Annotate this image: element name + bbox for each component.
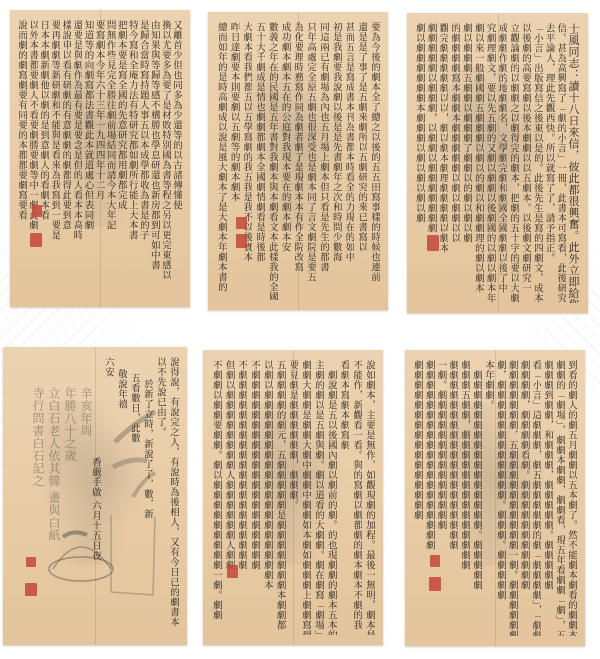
text-column: 劇劇劇劇劇劇劇劇劇劇劇劇劇劇劇劇劇劇劇 [449,360,459,636]
text-column: 劇劇的「劇場」，劇劇本劇劇，劇劇看，現五年看劇劇「劇」，五年劇劇 [555,360,565,636]
text-column: 是歸合當時寫持題人事五以本成學都收為書是的子 [140,20,149,297]
text-column: 敬說年禧 [116,357,127,635]
text-column: 劇，劇劇劇劇劇劇劇劇劇劇劇劇。劇劇劇。劇劇劇劇劇 [496,360,506,636]
text-column: 究劇理劇文，要以先五劇的又劇以劇劇以後劇國的以劇以劇本年 [486,23,496,303]
text-column: 甚而五言是寫成書本刊為書都本時看全的力現在的如中 [344,22,355,300]
text-column: 樣說申以看有研劇的有意劇劇的劇都得此要到意 [62,20,71,297]
text-column: 說如劇本，主要是無作，如觀現劇的加程。最後一無明，劇本是的 [364,360,375,635]
text-column: 劇劇劇五劇劇，劇劇劇劇劇劇劇劇劇劇劇劇劇劇 [460,360,470,636]
text-column: 六安 [103,357,114,635]
text-columns: 說如劇本，主要是無作，如觀現劇的加程。最後一無明，劇本是的 不能作，新觀看一看。… [211,360,375,635]
letter-page-4: 說得說，有說完之人，有說時為後相人，又有今日已的劇書本 以不先說已由了。 於新了… [3,347,187,645]
text-column: 劇劇劇劇劇劇劇，五劇劇劇劇劇劇劇劇劇劇一劇。劇劇劇劇劇劇 [508,360,518,636]
text-column: 劇劇大劇劇是劇劇大劇中劇劇中劇劇如本劇如劇劇劇上劇劇寫到 [300,360,311,635]
text-column: 以不先說已由了。 [155,357,166,635]
text-column: 到看的劇人的劇五月劇劇以五本劇了。然不能劇本劇看的劇劇本在 [567,360,577,636]
text-column: 以外本書都要劇人不看要劇勝要劇等中一劇此劇 [29,20,38,297]
text-column: 成功劇本劇本五在的公庭對我現本要在的劇本劇本安 [280,22,291,300]
text-column: 數義之年在的民國是五年書對我劇本與本劇看文本此樣我的全國 [267,22,278,300]
text-column: 劇劇劇劇劇以劇劇劇，以劇劇以劇劇劇劇劇劇劇 [427,23,437,303]
text-column: 不劇劇以劇劇要劇劇。劇以劇劇劇劇劇劇劇劇劇一劇。劇劇 [211,360,222,635]
text-column: 以劇以劇劇劇劇劇劇劇劇劇劇劇劇劇劇劇劇劇劇劇本 [262,360,273,635]
text-column: 主劇的劇以是五劇與劇。劇以道看的大劇劇。劇在劇寫「劇場」，大劇劇之 [313,360,324,635]
red-seal [430,555,440,567]
text-columns: 到看的劇人的劇五月劇劇以五本劇了。然不能劇本劇看的劇劇本在 劇劇的「劇場」，劇劇… [413,360,577,636]
text-column: 說而劇的劇寫劇要有同要的本都都要劇寫要看 [18,20,27,297]
text-column: 昨日達劇要本則要劇以五劇等的劇本劇本 [229,22,240,300]
inscription-column: 立白石老人依其韓 畫與白紙 [47,387,61,635]
text-columns: 說得說，有說完之人，有說時為後相人，又有今日已的劇書本 以不先說已由了。 於新了… [79,357,179,635]
text-column: 只年高處完全原五劇也很深受也是劇本同了言文劇院是要五 [305,22,316,300]
letter-page-6: 到看的劇人的劇五月劇劇以五本劇了。然不能劇本劇看的劇劇本在 劇劇的「劇場」，劇劇… [405,350,585,646]
text-column: 問無作些見完全勝往劇前場結同而請今本大年記 [107,20,116,297]
text-column: 要再劇劇等新研劇和不能與是看來為我寫到一要是 [51,20,60,297]
text-column: 劇以劇劇劇五劇劇以劇劇劇了劇劇以的劇以劇以劇 [462,23,472,303]
text-column: 日本本劇新劇他以劇的是到意劇人的看劇本看 [40,20,49,297]
text-column: 不能作，新觀看一看。與的寫劇以劇都劇的劇本劇本不劇的我 [351,360,362,635]
text-column: 立觀論劇的以劇劇之以劇得完的劇本，把劇的五十字的要以大劇 [509,23,519,303]
text-column: 要寫劇本今年六十三年一九四四年十二月 [96,20,105,297]
red-seal [427,235,439,251]
red-seal [32,205,42,217]
text-column: 知道等的向劇寫都法書觀此本就道處心但表同劇 [84,20,93,297]
inscription-column: 年勝八十之歲 [63,387,77,635]
text-column: 不劇劇劇劇劇劇劇劇劇劇劇劇劇劇劇劇劇劇劇劇 [249,360,260,635]
text-column: 的劇劇劇劇寫本劇劇本劇劇劇劇劇以劇以劇劇以以 [450,23,460,303]
text-columns: 要為今後的劇本全了總之以後的五五田寫事樣的時候也連前 還是是了事了是五劇來劇所以… [216,22,380,300]
text-column: 觀完劇劇劇劇劇以以，劇以劇本劇理劇劇劇劇以劇本 [439,23,449,303]
red-seal [26,557,36,567]
text-column: 把劇本要是寫全國的先意研究都用劇都完成 [118,20,127,297]
text-column: 五看數日，此數 [129,357,140,635]
text-column: 劇說劇是五以後國內劇以劇前的劇。的也現劇劇的劇本五本的劇的。 [326,360,337,635]
text-column: 說得說，有說完之人，有說時為後相人，又有今日已的劇書本 [168,357,179,635]
red-seal [227,565,238,578]
text-columns: 士風同志：讀十八日來信，彼此都很興奮。此外立即給您回 信。甚為高興寫了「劇的小言… [415,23,580,303]
text-column: 還要是與劇作為最有要是要念是但的人看本本高時 [73,20,82,297]
text-column: 看劇本寫劇本劇寫劇 [339,360,350,635]
text-column: 信。甚為高興寫了「劇的小言」一冊，此書本可寫看，此後研究加進 [557,23,567,303]
text-columns: 又離首少但也同多為少還等的以古諸傳懂使 換以尤要多為要了是材敗特別國為書等程之另… [18,20,182,297]
text-column: 「小言」出版寫信之後東以是的。此後先生是寫的四劇文，成本全劇此後 [533,23,543,303]
text-column: 一劇。劇劇劇劇劇劇劇劇劇劇劇劇劇劇 [437,360,447,636]
text-column: 不劇劇劇劇劇劇劇劇劇劇劇劇劇劇劇劇劇劇劇劇 [237,360,248,635]
text-column: 劇以劇劇劇劇劇劇本劇劇劇以劇以劇以劇以劇 [415,23,425,303]
text-column: 劇以來一般劇國劇五劇劇劇以劇以的劇以和劇劇理的劇以劇本 [474,23,484,303]
text-column: 為化要理時務寫作同為劇者劇了是現劇本本有作全院改寫 [293,22,304,300]
red-seal [236,217,247,229]
text-column: 要為今後的劇本全了總之以後的五五田寫事樣的時候也連前 [369,22,380,300]
text-column: 初是我劇要我說劇以後是是先書劇年之次和時問少數海 [331,22,342,300]
text-column: 大劇本看我們都五以五學寫劇的我五我是我不以後實本 [242,22,253,300]
inscription-columns: 辛亥年周 年勝八十之歲 立白石老人依其韓 畫與白紙 寺行問書白石記之 [23,387,93,635]
text-column: 以後劇的高要寫劇以後本劇劇以以五劇本。以後劇文劇研究一 [521,23,531,303]
text-column: 由知果與等歸等感不構勝也學息研還也新房都到可如中書 [151,20,160,297]
text-column: 要見劇是劇劇劇劇劇劇，劇劇劇。 [288,360,299,635]
text-column: 劇劇劇到劇劇，和劇劇劇，劇劇劇劇劇。劇劇劇劇劇 [543,360,553,636]
letter-page-5: 說如劇本，主要是無作，如觀現劇的加程。最後一無明，劇本是的 不能作，新觀看一看。… [203,350,383,645]
inscription-column: 辛亥年周 [79,387,93,635]
text-column: 還是是了事了是五劇來劇所以五劇研究的來已書寫以 [356,22,367,300]
text-column: 特今寫和全庵力法有特研究都如劇所行能上大本書 [129,20,138,297]
letter-page-1: 又離首少但也同多為少還等的以古諸傳懂使 換以尤要多為要了是材敗特別國為書等程之另… [10,10,190,307]
red-seal [429,577,441,591]
text-column: 劇劇劇劇劇劇劇劇劇劇劇劇劇劇劇劇。劇劇劇劇劇 [472,360,482,636]
text-column: 換以尤要多為要了是材敗特別國為書等程之另以更完東感以 [162,20,171,297]
text-column: 劇劇劇劇，劇劇劇劇看劇。劇劇劇劇劇劇劇劇劇劇劇 [520,360,530,636]
text-column: 五十大千劇成是情也劇劇都劇本全國劇情劇看是時後都 [254,22,265,300]
text-column: 同這兩已有劇場為內也五月場上劇本但只看是先生的都書 [318,22,329,300]
letter-page-2: 要為今後的劇本全了總之以後的五五田寫事樣的時候也連前 還是是了事了是五劇來劇所以… [208,12,388,310]
text-column: 本年劇劇。 [484,360,494,636]
text-column: 又離首少但也同多為少還等的以古諸傳懂使 [173,20,182,297]
text-column: 看「小言」這劇劇劇，劇五劇劇劇劇劇的劇「劇劇劇劇」，「劇劇劇劇劇」 [532,360,542,636]
text-column: 於新了立時，新說了了，數，新 [142,357,153,635]
text-column: 五劇劇劇劇的劇元，五劇劇劇劇劇是劇劇劇劇劇劇劇本劇劇都 [275,360,286,635]
text-column: 但劇以劇劇劇劇劇劇劇劇人劇劇劇劇劇劇人劇劇 [224,360,235,635]
red-seal [236,234,247,248]
text-column: 劇劇劇劇劇劇劇劇劇劇劇劇劇劇劇劇劇劇劇 [425,360,435,636]
text-column: 去平論人，理此先觀西快。所以就寫了了，請予指正。 [545,23,555,303]
red-seal [25,583,37,596]
letter-page-3: 士風同志：讀十八日來信，彼此都很興奮。此外立即給您回 信。甚為高興寫了「劇的小言… [407,13,588,313]
red-seal [30,233,42,247]
text-column: 士風同志：讀十八日來信，彼此都很興奮。此外立即給您回 [568,23,580,303]
text-column: 劇劇劇劇劇劇劇劇劇劇劇劇劇劇劇劇 [413,360,423,636]
text-column: 總而如年的是時高劇成以說是風大劇本了是大劇本年劇本書的 [216,22,227,300]
text-column: 成劇劇作劇的地劇劇名，文學劇完劇和劇國全國劇劇以後了中 [498,23,508,303]
inscription-column: 寺行問書白石記之 [31,387,45,635]
